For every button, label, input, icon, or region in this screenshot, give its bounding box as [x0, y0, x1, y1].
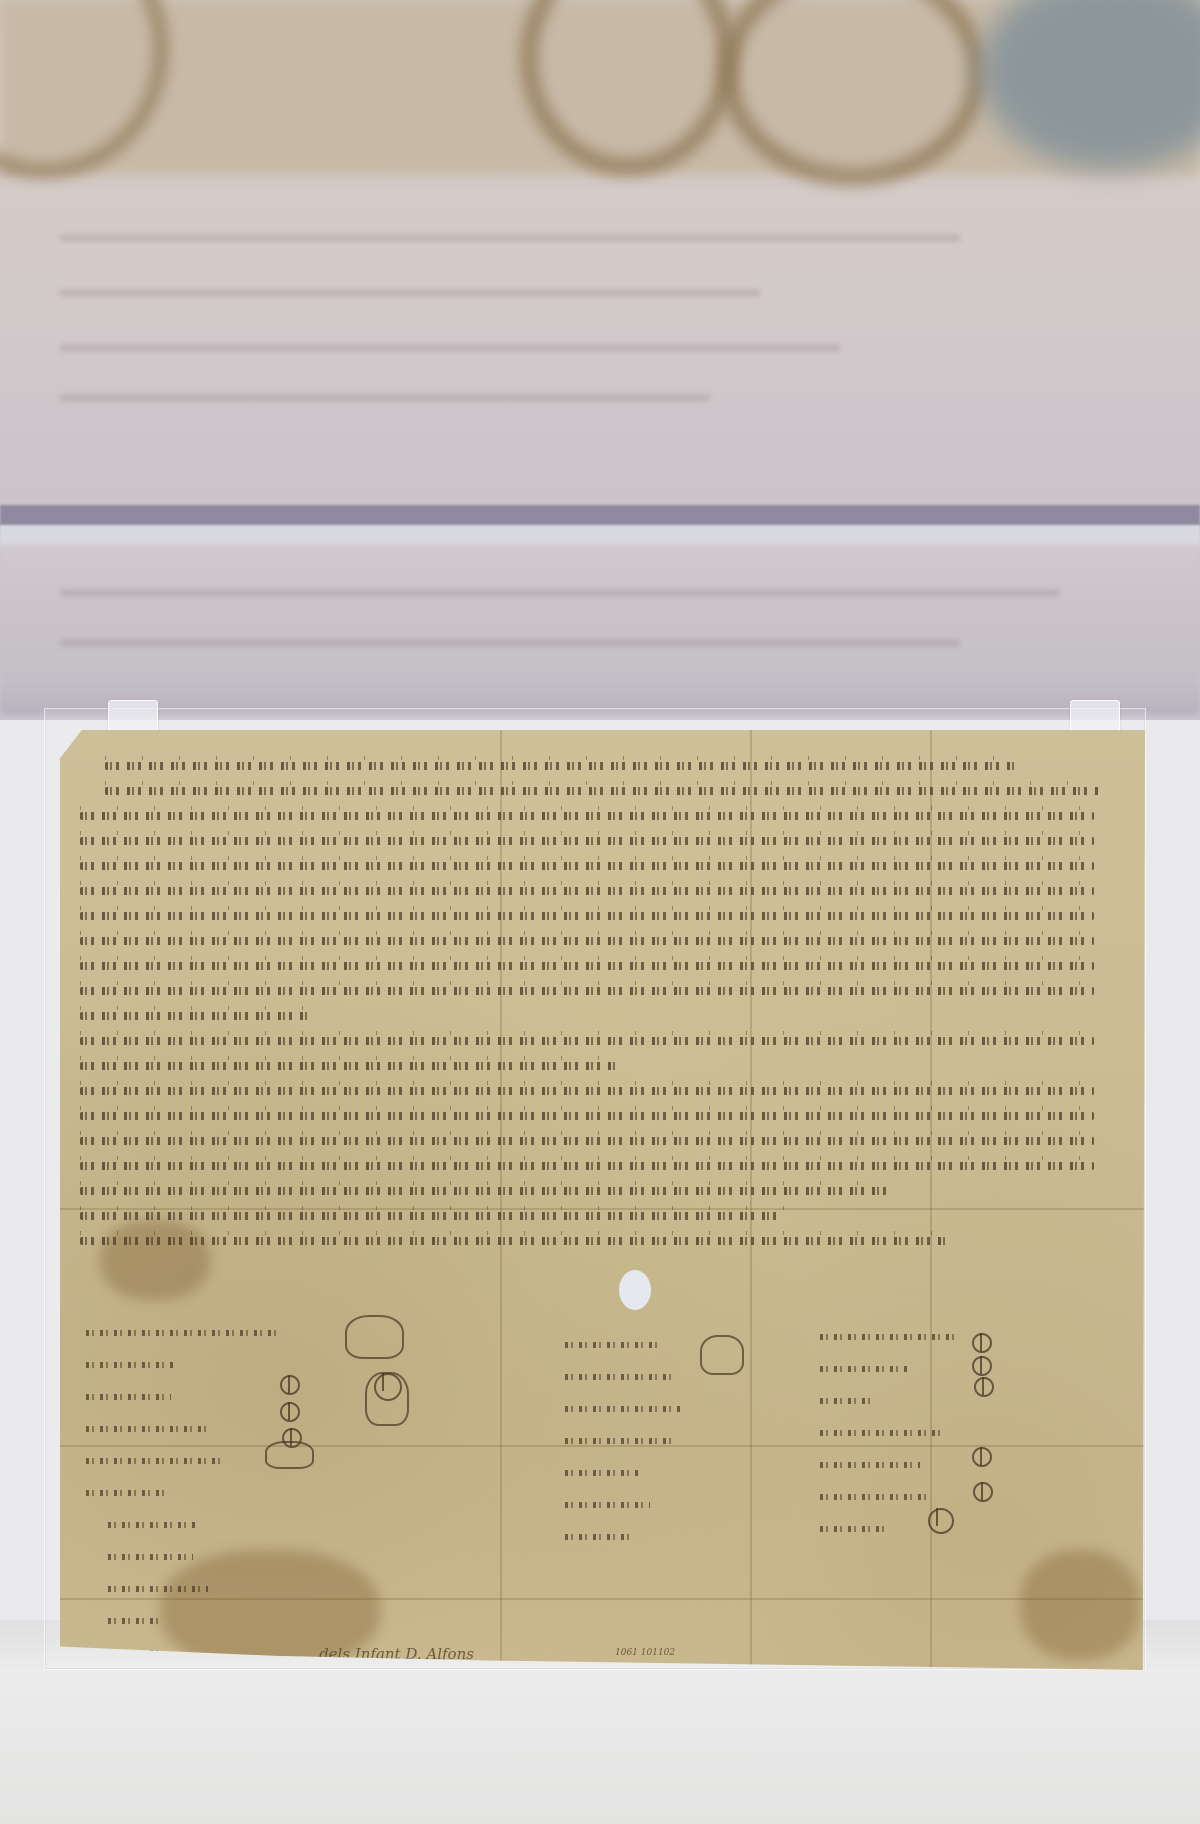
witness-entry	[820, 1366, 910, 1372]
witness-entry	[108, 1554, 193, 1560]
witness-entry	[565, 1406, 680, 1412]
text-line	[80, 862, 1094, 870]
parchment-hole	[619, 1270, 651, 1310]
text-line	[80, 1187, 887, 1195]
monogram-signature	[345, 1315, 404, 1359]
rota-sign-mark	[928, 1508, 954, 1534]
spiral-signum-mark	[374, 1373, 402, 1401]
text-line	[80, 1012, 308, 1020]
text-line	[80, 987, 1094, 995]
witness-entry	[820, 1494, 930, 1500]
text-line	[80, 1162, 1094, 1170]
blurred-text-line	[60, 345, 840, 351]
blurred-text-line	[60, 590, 1060, 596]
witness-entry	[565, 1534, 635, 1540]
reference-numbers: 1061 101102	[615, 1648, 675, 1658]
witness-entry	[820, 1462, 920, 1468]
witness-entry	[565, 1470, 640, 1476]
witness-entry	[86, 1362, 176, 1368]
witness-entry	[86, 1330, 276, 1336]
blurred-text-line	[60, 290, 760, 296]
text-line	[80, 837, 1094, 845]
witness-entry	[86, 1394, 171, 1400]
text-line	[105, 787, 1099, 795]
text-line	[80, 912, 1094, 920]
signum-cross-mark	[972, 1447, 992, 1467]
witness-list-middle	[565, 1342, 685, 1566]
witness-entry	[820, 1334, 960, 1340]
witness-entry	[565, 1374, 675, 1380]
witness-entry	[86, 1490, 166, 1496]
text-line	[80, 1237, 949, 1245]
signum-cross-mark	[973, 1482, 993, 1502]
text-line	[80, 1062, 618, 1070]
text-line	[80, 1087, 1094, 1095]
water-stain	[1020, 1550, 1140, 1660]
witness-entry	[86, 1426, 206, 1432]
signum-cross-mark	[280, 1402, 300, 1422]
text-line	[80, 812, 1094, 820]
blurred-text-line	[60, 235, 960, 241]
text-line	[105, 762, 1016, 770]
text-line	[80, 1112, 1094, 1120]
background-artwork	[0, 0, 1200, 720]
monogram-signature	[700, 1335, 744, 1375]
mount-clip-left	[108, 700, 158, 732]
witness-entry	[108, 1618, 163, 1624]
text-line	[80, 937, 1094, 945]
witness-entry	[565, 1502, 650, 1508]
signum-cross-mark	[972, 1356, 992, 1376]
text-line	[80, 887, 1094, 895]
mount-clip-right	[1070, 700, 1120, 732]
witness-entry	[108, 1522, 198, 1528]
witness-entry	[565, 1438, 675, 1444]
blurred-text-line	[60, 395, 710, 401]
text-line	[80, 962, 1094, 970]
monogram-signature	[265, 1441, 314, 1469]
witness-entry	[820, 1430, 945, 1436]
text-line	[80, 1212, 784, 1220]
blurred-lower-panel	[0, 545, 1200, 715]
text-line	[80, 1137, 1094, 1145]
witness-entry	[86, 1458, 226, 1464]
blurred-text-line	[60, 640, 960, 646]
witness-entry	[108, 1586, 208, 1592]
witness-entry	[820, 1526, 890, 1532]
parchment-charter: ... dels Infant D. Alfons 1061 101102 C …	[60, 730, 1145, 1670]
signum-cross-mark	[972, 1333, 992, 1353]
frame-edge-bar	[0, 505, 1200, 527]
witness-entry	[565, 1342, 660, 1348]
witness-entry	[820, 1398, 870, 1404]
signum-cross-mark	[974, 1377, 994, 1397]
text-line	[80, 1037, 1094, 1045]
charter-body-text	[80, 762, 1115, 1262]
signum-cross-mark	[280, 1375, 300, 1395]
